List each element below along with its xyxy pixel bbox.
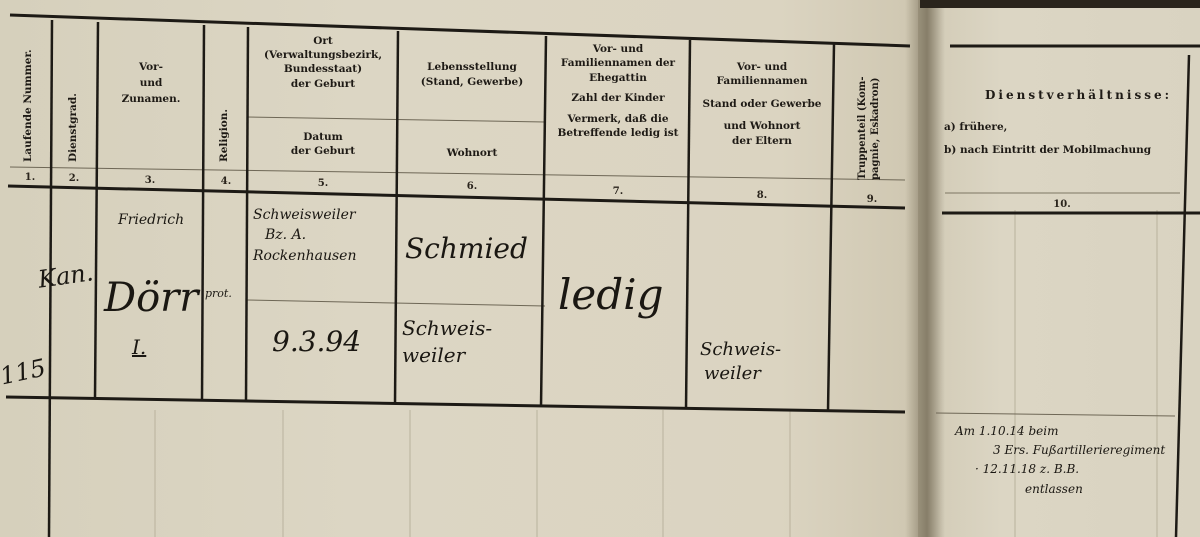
col-number-10: 10. [1050, 199, 1074, 210]
header-religion: Religion. [218, 109, 230, 162]
header-item-a: a) frühere, [944, 120, 1007, 136]
header-lebensstellung: Lebensstellung (Stand, Gewerbe) [400, 60, 544, 89]
col-number-9: 9. [862, 194, 882, 205]
entry-eltern-wohnort: Schweis- weiler [700, 338, 781, 387]
entry-stand: Schmied [405, 232, 528, 265]
entry-vorname: Friedrich [118, 212, 184, 228]
header-laufende-nummer: Laufende Nummer. [22, 49, 34, 162]
col-number-7: 7. [608, 186, 628, 197]
col-number-8: 8. [752, 190, 772, 201]
entry-wohnort: Schweis- weiler [402, 315, 492, 369]
col-number-4: 4. [216, 176, 236, 187]
col-number-2: 2. [64, 173, 84, 184]
header-vor-und-zunamen: Vor- und Zunamen. [100, 60, 202, 107]
col-number-6: 6. [462, 181, 482, 192]
col-number-5: 5. [313, 178, 333, 189]
header-geburtsdatum: Datum der Geburt [250, 130, 396, 158]
entry-geburtsort: Schweisweiler Bz. A. Rockenhausen [253, 205, 356, 266]
header-truppenteil: Truppenteil (Kom- pagnie, Eskadron) [856, 76, 882, 180]
header-dienstgrad: Dienstgrad. [67, 93, 79, 162]
header-item-b: b) nach Eintritt der Mobilmachung [944, 143, 1151, 159]
entry-zusatz: I. [132, 335, 146, 359]
header-wohnort: Wohnort [400, 146, 544, 162]
header-eltern: Vor- und Familiennamen Stand oder Gewerb… [691, 60, 833, 148]
entry-geburtsdatum: 9.3.94 [272, 325, 361, 358]
entry-religion: prot. [205, 287, 232, 300]
header-dienstverhaeltnisse: Dienstverhältnisse: [985, 86, 1172, 104]
entry-dienstverhaeltnisse-note: Am 1.10.14 beim 3 Ers. Fußartillerieregi… [955, 422, 1165, 499]
entry-ehegattin: ledig [558, 270, 664, 319]
header-geburtsort: Ort (Verwaltungsbezirk, Bundesstaat) der… [250, 34, 396, 91]
header-ehegattin: Vor- und Familiennamen der Ehegattin Zah… [547, 42, 689, 141]
col-number-1: 1. [20, 172, 40, 183]
col-number-3: 3. [140, 175, 160, 186]
entry-zuname: Dörr [104, 275, 198, 321]
